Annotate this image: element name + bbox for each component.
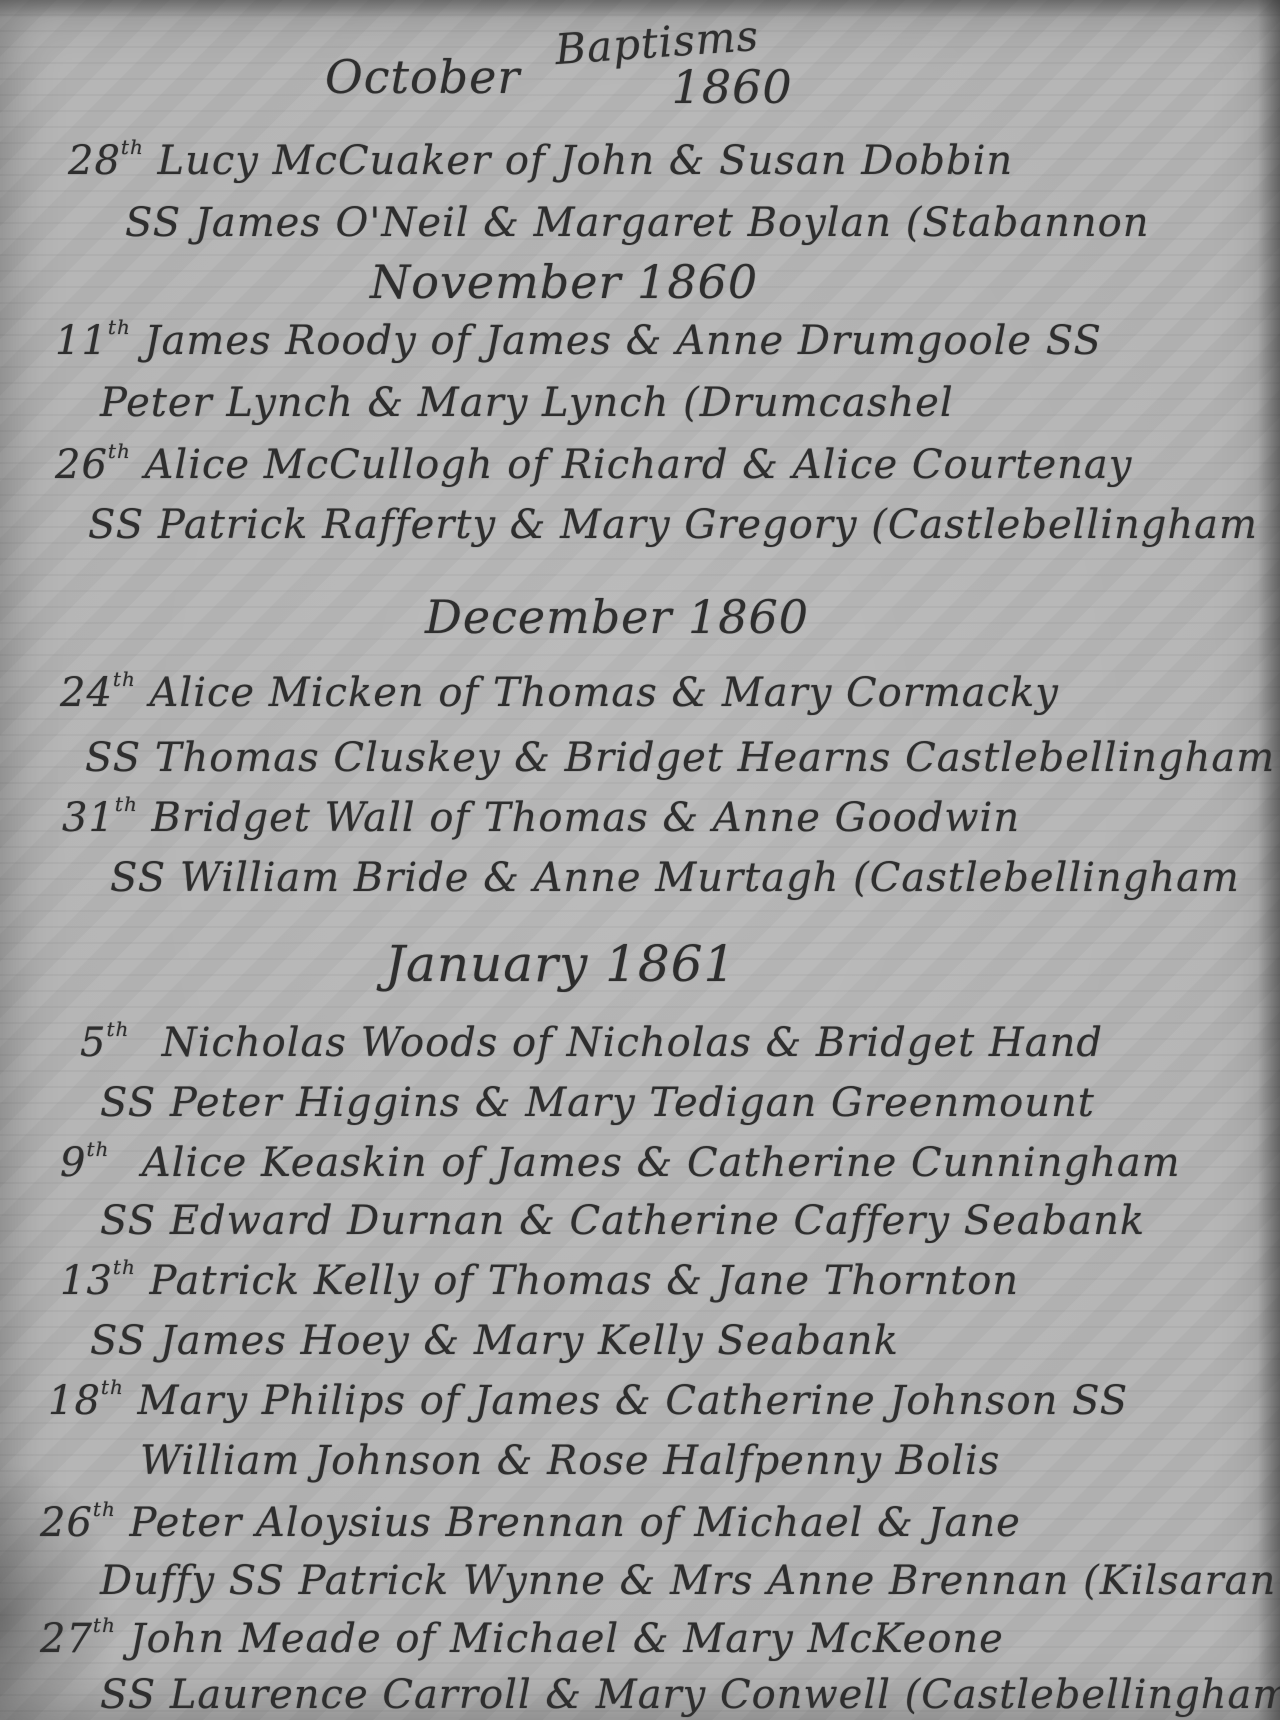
entry-sponsors: SS Patrick Rafferty & Mary Gregory (Cast… (88, 502, 1258, 548)
entry-line: 26th Alice McCullogh of Richard & Alice … (55, 442, 1132, 488)
entry-child-parents: Lucy McCuaker of John & Susan Dobbin (158, 138, 1014, 184)
entry-sponsors: SS James O'Neil & Margaret Boylan (Staba… (125, 200, 1150, 246)
entry-line: 28th Lucy McCuaker of John & Susan Dobbi… (68, 138, 1013, 184)
entry-child-parents: Patrick Kelly of Thomas & Jane Thornton (150, 1258, 1020, 1304)
entry-sponsors: SS Laurence Carroll & Mary Conwell (Cast… (100, 1672, 1280, 1718)
section-heading-december: December 1860 (425, 590, 809, 644)
entry-child-parents: Bridget Wall of Thomas & Anne Goodwin (152, 795, 1021, 841)
entry-child-parents: Mary Philips of James & Catherine Johnso… (138, 1378, 1129, 1424)
entry-sponsors: Duffy SS Patrick Wynne & Mrs Anne Brenna… (100, 1558, 1276, 1604)
entry-child-parents: Alice Micken of Thomas & Mary Cormacky (150, 670, 1059, 716)
entry-day: 18th (48, 1378, 124, 1424)
entry-child-parents: Peter Aloysius Brennan of Michael & Jane (130, 1500, 1021, 1546)
entry-child-parents: Alice Keaskin of James & Catherine Cunni… (142, 1140, 1181, 1186)
entry-day: 13th (60, 1258, 136, 1304)
entry-sponsors: SS Edward Durnan & Catherine Caffery Sea… (100, 1198, 1145, 1244)
entry-day: 26th (55, 442, 131, 488)
entry-sponsors: William Johnson & Rose Halfpenny Bolis (140, 1438, 1000, 1484)
entry-sponsors: SS Thomas Cluskey & Bridget Hearns Castl… (85, 735, 1275, 781)
register-page: Baptisms October 1860 28th Lucy McCuaker… (0, 0, 1280, 1720)
entry-child-parents: Nicholas Woods of Nicholas & Bridget Han… (162, 1020, 1103, 1066)
page-top-shadow (0, 0, 1280, 18)
entry-line: 5th Nicholas Woods of Nicholas & Bridget… (80, 1020, 1103, 1066)
heading-month: October (325, 50, 520, 104)
entry-line: 13th Patrick Kelly of Thomas & Jane Thor… (60, 1258, 1019, 1304)
entry-day: 11th (55, 318, 131, 364)
section-heading-october: October 1860 (325, 50, 793, 104)
entry-line: 27th John Meade of Michael & Mary McKeon… (40, 1616, 1004, 1662)
entry-day: 24th (60, 670, 136, 716)
section-heading-january: January 1861 (385, 935, 736, 993)
entry-line: 11th James Roody of James & Anne Drumgoo… (55, 318, 1102, 364)
entry-line: 18th Mary Philips of James & Catherine J… (48, 1378, 1128, 1424)
entry-child-parents: James Roody of James & Anne Drumgoole SS (145, 318, 1102, 364)
entry-sponsors: Peter Lynch & Mary Lynch (Drumcashel (100, 380, 954, 426)
entry-line: 31th Bridget Wall of Thomas & Anne Goodw… (62, 795, 1020, 841)
entry-day: 9th (60, 1140, 128, 1186)
page-right-shadow (1258, 0, 1280, 1720)
entry-day: 28th (68, 138, 144, 184)
entry-day: 31th (62, 795, 138, 841)
entry-child-parents: Alice McCullogh of Richard & Alice Court… (145, 442, 1133, 488)
entry-day: 5th (80, 1020, 148, 1066)
entry-sponsors: SS William Bride & Anne Murtagh (Castleb… (110, 855, 1240, 901)
entry-sponsors: SS Peter Higgins & Mary Tedigan Greenmou… (100, 1080, 1095, 1126)
entry-day: 26th (40, 1500, 116, 1546)
entry-child-parents: John Meade of Michael & Mary McKeone (130, 1616, 1004, 1662)
heading-year: 1860 (672, 60, 793, 114)
section-heading-november: November 1860 (370, 255, 758, 309)
entry-line: 24th Alice Micken of Thomas & Mary Corma… (60, 670, 1059, 716)
entry-line: 26th Peter Aloysius Brennan of Michael &… (40, 1500, 1021, 1546)
entry-sponsors: SS James Hoey & Mary Kelly Seabank (90, 1318, 899, 1364)
entry-line: 9th Alice Keaskin of James & Catherine C… (60, 1140, 1181, 1186)
entry-day: 27th (40, 1616, 116, 1662)
